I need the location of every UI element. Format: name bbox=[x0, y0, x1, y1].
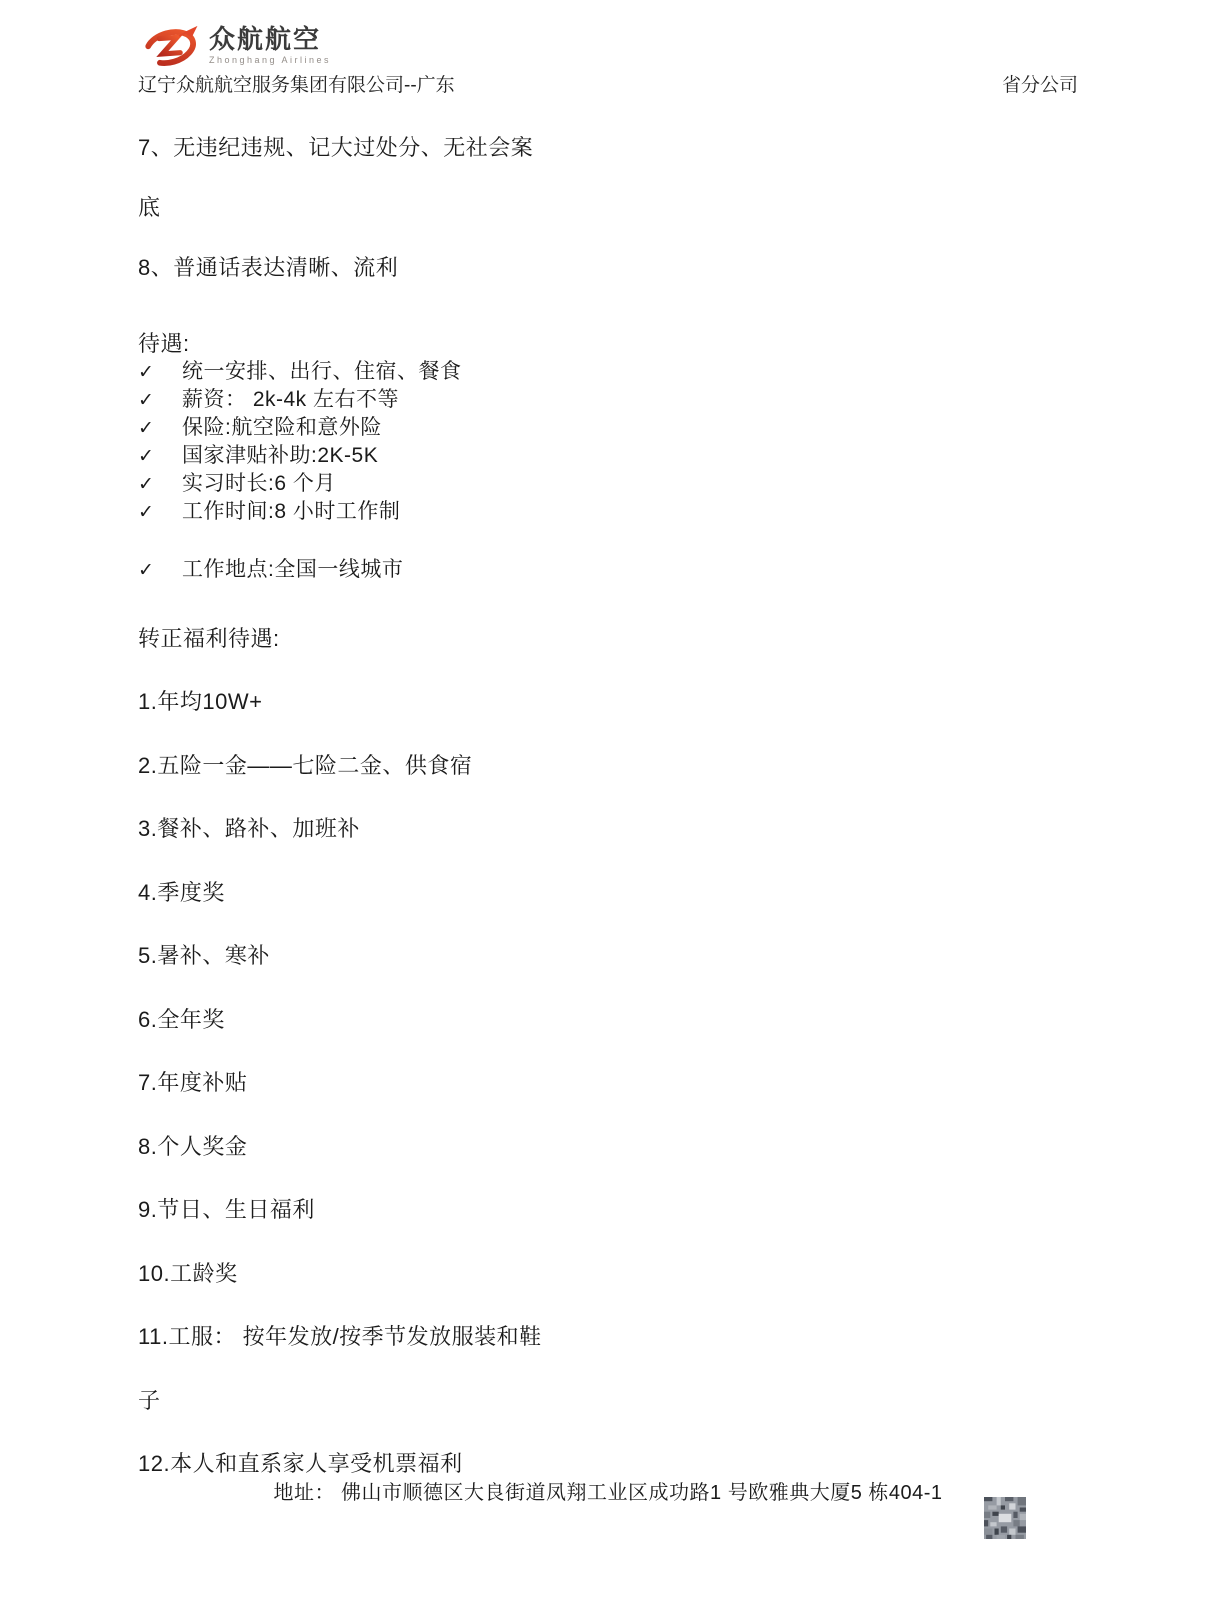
treatment-item: ✓ 工作地点:全国一线城市 bbox=[138, 556, 403, 585]
branch-name: 省分公司 bbox=[1002, 75, 1078, 97]
logo-title: 众航航空 bbox=[209, 26, 331, 52]
benefit-line: 6.全年奖 bbox=[138, 1005, 225, 1035]
document-page: 众航航空 Zhonghang Airlines 辽宁众航航空服务集团有限公司--… bbox=[0, 0, 1216, 1615]
treatment-item-text: 工作时间:8 小时工作制 bbox=[182, 498, 400, 526]
benefit-line: 5.暑补、寒补 bbox=[138, 941, 270, 971]
treatment-heading: 待遇: bbox=[138, 329, 190, 359]
check-icon: ✓ bbox=[138, 359, 182, 387]
treatment-item-text: 工作地点:全国一线城市 bbox=[182, 556, 403, 584]
check-icon: ✓ bbox=[138, 557, 182, 585]
requirement-line: 8、普通话表达清晰、流利 bbox=[138, 253, 398, 283]
benefit-line: 子 bbox=[138, 1386, 161, 1416]
benefit-line: 2.五险一金——七险二金、供食宿 bbox=[138, 751, 472, 781]
benefit-line: 7.年度补贴 bbox=[138, 1068, 247, 1098]
check-icon: ✓ bbox=[138, 471, 182, 499]
benefit-line: 9.节日、生日福利 bbox=[138, 1195, 315, 1225]
check-icon: ✓ bbox=[138, 387, 182, 415]
logo-subtitle: Zhonghang Airlines bbox=[209, 56, 331, 65]
treatment-item: ✓ 保险:航空险和意外险 bbox=[138, 414, 382, 443]
benefit-line: 8.个人奖金 bbox=[138, 1132, 247, 1162]
benefit-line: 1.年均10W+ bbox=[138, 687, 262, 717]
page-header: 辽宁众航航空服务集团有限公司--广东 省分公司 bbox=[138, 75, 1078, 97]
treatment-item: ✓ 薪资： 2k-4k 左右不等 bbox=[138, 386, 399, 415]
treatment-item: ✓ 统一安排、出行、住宿、餐食 bbox=[138, 358, 462, 387]
treatment-item-text: 保险:航空险和意外险 bbox=[182, 414, 382, 442]
benefit-line: 10.工龄奖 bbox=[138, 1259, 238, 1289]
benefit-line: 11.工服： 按年发放/按季节发放服装和鞋 bbox=[138, 1322, 542, 1352]
requirement-line: 7、无违纪违规、记大过处分、无社会案 bbox=[138, 133, 533, 163]
treatment-item-text: 实习时长:6 个月 bbox=[182, 470, 336, 498]
treatment-item-text: 国家津贴补助:2K-5K bbox=[182, 442, 378, 470]
benefit-line: 3.餐补、路补、加班补 bbox=[138, 814, 360, 844]
treatment-item: ✓ 工作时间:8 小时工作制 bbox=[138, 498, 400, 527]
treatment-item: ✓ 国家津贴补助:2K-5K bbox=[138, 442, 378, 471]
qr-code-image bbox=[984, 1497, 1026, 1539]
benefit-line: 4.季度奖 bbox=[138, 878, 225, 908]
benefit-line: 12.本人和直系家人享受机票福利 bbox=[138, 1449, 463, 1479]
treatment-item-text: 薪资： 2k-4k 左右不等 bbox=[182, 386, 399, 414]
treatment-item-text: 统一安排、出行、住宿、餐食 bbox=[182, 358, 462, 386]
treatment-item: ✓ 实习时长:6 个月 bbox=[138, 470, 336, 499]
benefits-heading: 转正福利待遇: bbox=[138, 624, 280, 654]
requirement-line: 底 bbox=[138, 193, 161, 223]
check-icon: ✓ bbox=[138, 499, 182, 527]
footer-address: 地址： 佛山市顺德区大良街道凤翔工业区成功路1 号欧雅典大厦5 栋404-1 bbox=[0, 1479, 1216, 1507]
company-name: 辽宁众航航空服务集团有限公司--广东 bbox=[138, 75, 455, 97]
airline-swoosh-icon bbox=[138, 22, 202, 68]
company-logo: 众航航空 Zhonghang Airlines bbox=[138, 22, 331, 68]
check-icon: ✓ bbox=[138, 443, 182, 471]
check-icon: ✓ bbox=[138, 415, 182, 443]
